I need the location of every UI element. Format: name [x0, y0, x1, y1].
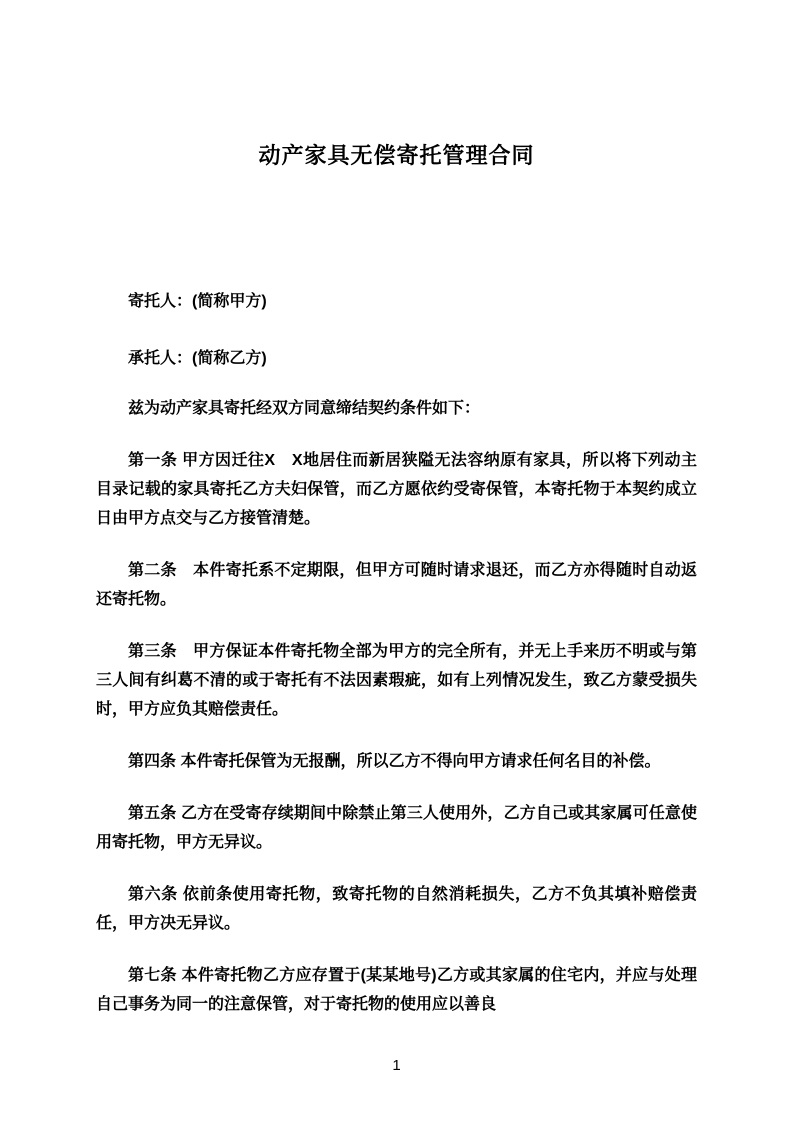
article-3: 第三条 甲方保证本件寄托物全部为甲方的完全所有，并无上手来历不明或与第三人间有纠…	[96, 637, 697, 724]
article-4: 第四条 本件寄托保管为无报酬，所以乙方不得向甲方请求任何名目的补偿。	[96, 747, 697, 776]
article-2: 第二条 本件寄托系不定期限，但甲方可随时请求退还，而乙方亦得随时自动返还寄托物。	[96, 556, 697, 614]
article-6: 第六条 依前条使用寄托物，致寄托物的自然消耗损失，乙方不负其填补赔偿责任，甲方决…	[96, 880, 697, 938]
article-7: 第七条 本件寄托物乙方应存置于(某某地号)乙方或其家属的住宅内，并应与处理自己事…	[96, 961, 697, 1019]
article-1: 第一条 甲方因迁往X X地居住而新居狭隘无法容纳原有家具，所以将下列动主目录记载…	[96, 446, 697, 533]
document-title: 动产家具无偿寄托管理合同	[96, 0, 697, 173]
page-number: 1	[0, 1057, 793, 1074]
document-page: 动产家具无偿寄托管理合同 寄托人：(简称甲方) 承托人：(简称乙方) 兹为动产家…	[0, 0, 793, 1122]
article-5: 第五条 乙方在受寄存续期间中除禁止第三人使用外，乙方自己或其家属可任意使用寄托物…	[96, 799, 697, 857]
party-depositor: 寄托人：(简称甲方)	[96, 287, 697, 316]
contract-preamble: 兹为动产家具寄托经双方同意缔结契约条件如下：	[96, 394, 697, 423]
party-custodian: 承托人：(简称乙方)	[96, 344, 697, 373]
